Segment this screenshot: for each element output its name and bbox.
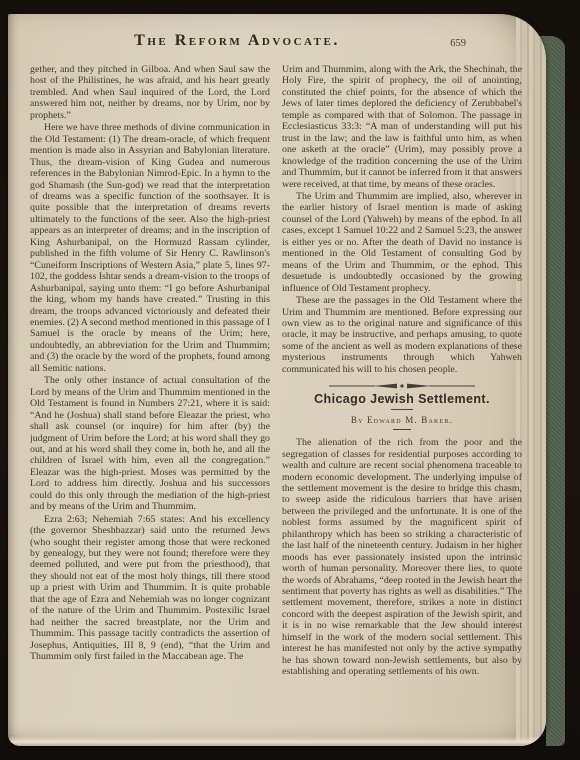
masthead: The Reform Advocate. 659 [30,26,522,56]
paragraph: gether, and they pitched in Gilboa. And … [30,64,270,121]
paragraph: Urim and Thummim, along with the Ark, th… [282,64,522,190]
page-bottom-edge [8,736,546,746]
paragraph: Ezra 2:63; Nehemiah 7:65 states: And his… [30,514,270,663]
right-column: Urim and Thummim, along with the Ark, th… [282,64,522,746]
left-column: gether, and they pitched in Gilboa. And … [30,64,270,746]
page-content: The Reform Advocate. 659 gether, and the… [30,26,522,746]
article-title: Chicago Jewish Settlement. [282,394,522,405]
magazine-page: The Reform Advocate. 659 gether, and the… [8,14,546,746]
article-byline: By Edward M. Baker. [282,415,522,426]
paragraph: Here we have three methods of divine com… [30,122,270,374]
book-scan: The Reform Advocate. 659 gether, and the… [0,0,580,760]
paragraph: These are the passages in the Old Testam… [282,295,522,375]
paragraph: The only other instance of actual consul… [30,375,270,512]
divider-ornament-icon [282,382,522,390]
paragraph: The alienation of the rich from the poor… [282,437,522,678]
byline-rule [393,429,411,430]
book-cover-edge [546,38,565,746]
page-number: 659 [450,38,466,49]
paragraph: The Urim and Thummim are implied, also, … [282,191,522,294]
journal-title: The Reform Advocate. [30,32,444,50]
title-rule [391,409,413,410]
text-columns: gether, and they pitched in Gilboa. And … [30,64,522,746]
